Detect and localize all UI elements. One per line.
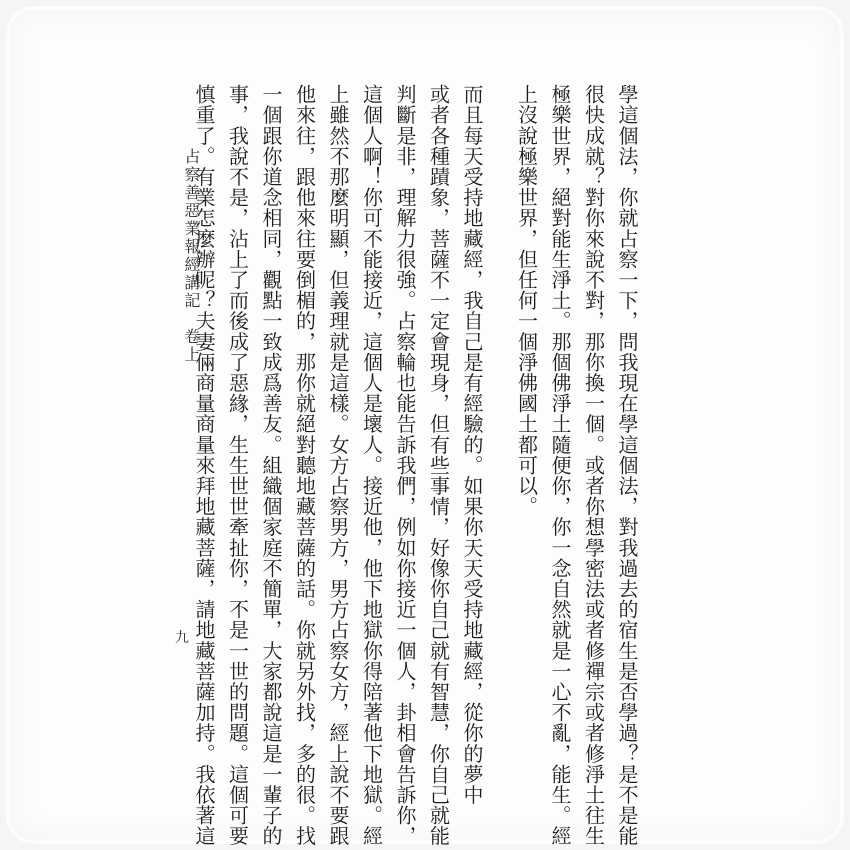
text-column: 上沒說極樂世界，但任何一個淨佛國土都可以。 xyxy=(508,84,542,816)
main-text-block: 學這個法，你就占察一下，問我現在學這個法，對我過去的宿生是否學過？是不是能 很快… xyxy=(186,84,643,816)
text-column: 或者各種蹟象，菩薩不一定會現身，但有些事情，好像你自己就有智慧，你自己就能 xyxy=(420,84,454,816)
text-column: 學這個法，你就占察一下，問我現在學這個法，對我過去的宿生是否學過？是不是能 xyxy=(609,84,643,816)
running-title: 占察善惡業報經講記 卷上 xyxy=(179,148,202,364)
text-column: 判斷是非，理解力很強。占察輪也能告訴我們，例如你接近一個人，卦相會告訴你， xyxy=(387,84,421,816)
text-column: 這個人啊！你可不能接近，這個人是壞人。接近他，他下地獄你得陪著他下地獄。經 xyxy=(353,84,387,816)
text-column-paragraph-start: 而且每天受持地藏經，我自己是有經驗的。如果你天天受持地藏經，從你的夢中 xyxy=(454,84,509,816)
page-number: 九 xyxy=(175,627,189,647)
text-column: 一個跟你道念相同，觀點一致成爲善友。組織個家庭不簡單，大家都說這是一輩子的 xyxy=(253,84,287,816)
text-column: 極樂世界，絕對能生淨土。那個佛淨土隨便你，你一念自然就是一心不亂，能生。經 xyxy=(542,84,576,816)
scanned-book-page: 學這個法，你就占察一下，問我現在學這個法，對我過去的宿生是否學過？是不是能 很快… xyxy=(0,0,850,850)
text-column: 上雖然不那麼明顯，但義理就是這樣。女方占察男方，男方占察女方，經上說不要跟 xyxy=(320,84,354,816)
text-column: 事，我說不是，沾上了而後成了惡緣，生生世世牽扯你，不是一世的問題。這個可要 xyxy=(219,84,253,816)
text-column: 他來往，跟他來往要倒楣的，那你就絕對聽地藏菩薩的話。你就另外找，多的很。找 xyxy=(286,84,320,816)
text-column: 很快成就？對你來說不對，那你換一個。或者你想學密法或者修禪宗或者修淨土往生 xyxy=(575,84,609,816)
